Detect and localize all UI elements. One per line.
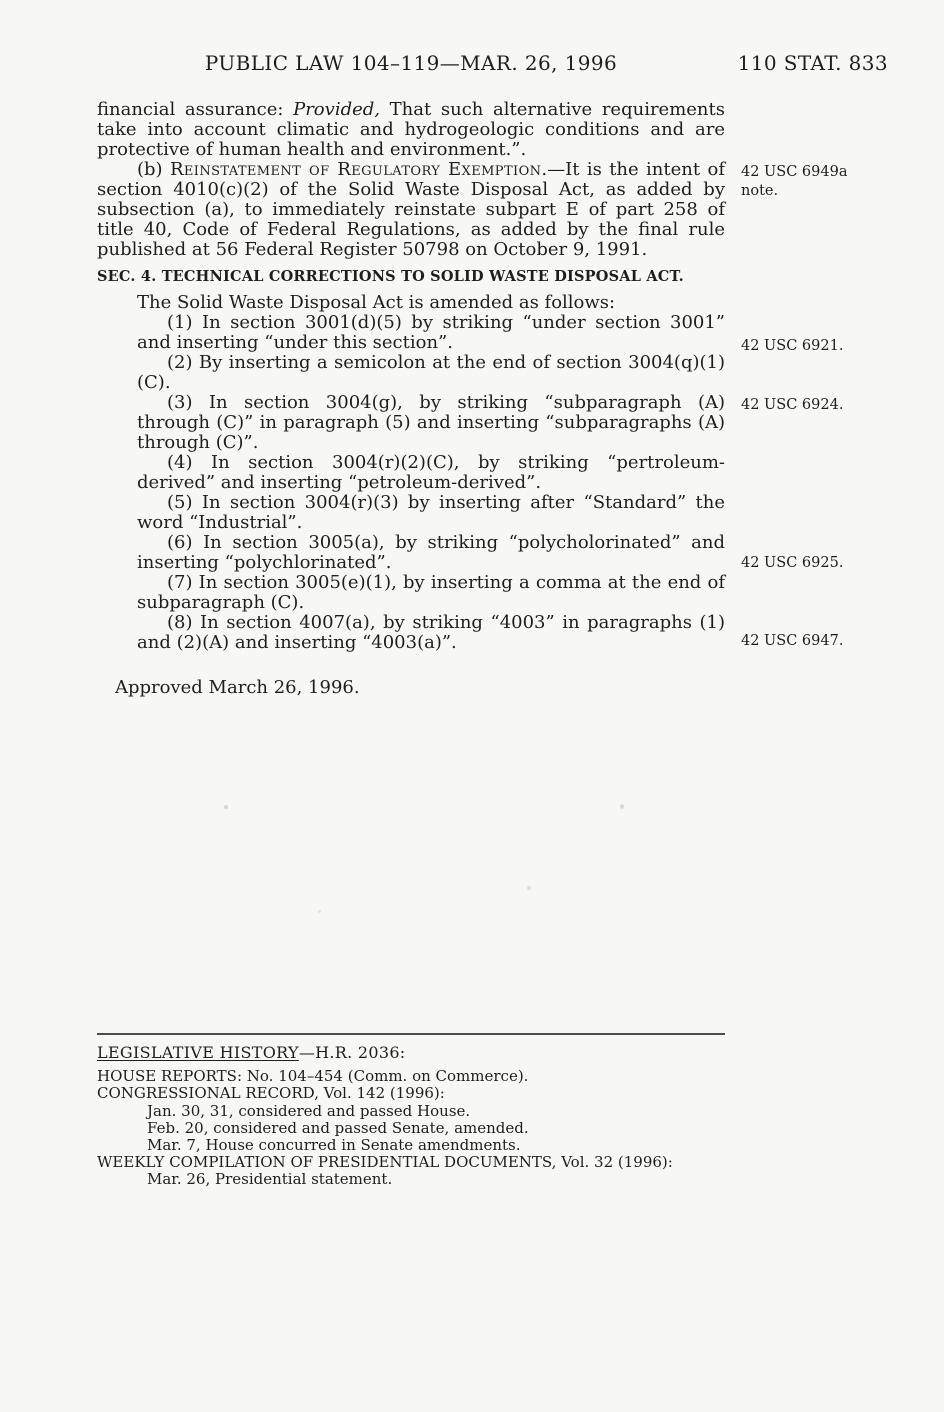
margin-note-42-usc-6921: 42 USC 6921. — [741, 337, 865, 356]
legislative-history-rule — [97, 1033, 725, 1035]
amendment-item-8: (8) In section 4007(a), by striking “400… — [137, 613, 725, 653]
amendment-item-6: (6) In section 3005(a), by striking “pol… — [137, 533, 725, 573]
statute-page: PUBLIC LAW 104–119—MAR. 26, 1996 110 STA… — [0, 0, 944, 1412]
margin-note-42-usc-6949a: 42 USC 6949a note. — [741, 163, 865, 201]
scan-speck — [318, 910, 321, 913]
history-house-reports: HOUSE REPORTS: No. 104–454 (Comm. on Com… — [97, 1068, 729, 1085]
scan-speck — [620, 804, 624, 809]
amendment-item-4: (4) In section 3004(r)(2)(C), by strikin… — [137, 453, 725, 493]
quoted-provision-pre: financial assurance: — [97, 99, 293, 120]
subsection-b-label: (b) — [137, 159, 170, 180]
history-congressional-record: CONGRESSIONAL RECORD, Vol. 142 (1996): — [97, 1085, 729, 1102]
legislative-history-heading-underlined: LEGISLATIVE HISTORY — [97, 1043, 299, 1062]
amendment-item-7: (7) In section 3005(e)(1), by inserting … — [137, 573, 725, 613]
margin-note-42-usc-6924: 42 USC 6924. — [741, 396, 865, 415]
section-4-heading: SEC. 4. TECHNICAL CORRECTIONS TO SOLID W… — [97, 268, 725, 286]
approval-line: Approved March 26, 1996. — [115, 678, 725, 698]
amendment-item-3: (3) In section 3004(g), by striking “sub… — [137, 393, 725, 453]
law-citation-heading: PUBLIC LAW 104–119—MAR. 26, 1996 — [97, 51, 725, 75]
legislative-history-heading-bill: —H.R. 2036: — [299, 1043, 406, 1062]
legislative-history-block: LEGISLATIVE HISTORY—H.R. 2036: HOUSE REP… — [97, 1033, 729, 1189]
quoted-provision-italic: Provided, — [293, 99, 380, 120]
history-record-entry-1: Jan. 30, 31, considered and passed House… — [97, 1103, 729, 1120]
statute-text-column: financial assurance: Provided, That such… — [97, 100, 725, 698]
amendment-intro: The Solid Waste Disposal Act is amended … — [97, 293, 725, 313]
amendment-item-1: (1) In section 3001(d)(5) by striking “u… — [137, 313, 725, 353]
history-record-entry-3: Mar. 7, House concurred in Senate amendm… — [97, 1137, 729, 1154]
stat-page-number: 110 STAT. 833 — [738, 51, 888, 75]
history-weekly-entry: Mar. 26, Presidential statement. — [97, 1171, 729, 1188]
amendment-item-5: (5) In section 3004(r)(3) by inserting a… — [137, 493, 725, 533]
history-record-entry-2: Feb. 20, considered and passed Senate, a… — [97, 1120, 729, 1137]
margin-note-42-usc-6947: 42 USC 6947. — [741, 632, 865, 651]
amendment-item-2: (2) By inserting a semicolon at the end … — [137, 353, 725, 393]
history-weekly-compilation: WEEKLY COMPILATION OF PRESIDENTIAL DOCUM… — [97, 1154, 729, 1171]
margin-note-42-usc-6925: 42 USC 6925. — [741, 554, 865, 573]
quoted-provision-paragraph: financial assurance: Provided, That such… — [97, 100, 725, 160]
subsection-b-smallcaps-heading: Reinstatement of Regulatory Exemption — [170, 159, 541, 180]
scan-speck — [224, 805, 228, 809]
legislative-history-heading: LEGISLATIVE HISTORY—H.R. 2036: — [97, 1044, 729, 1061]
scan-speck — [527, 886, 531, 890]
subsection-b-paragraph: (b) Reinstatement of Regulatory Exemptio… — [97, 160, 725, 260]
